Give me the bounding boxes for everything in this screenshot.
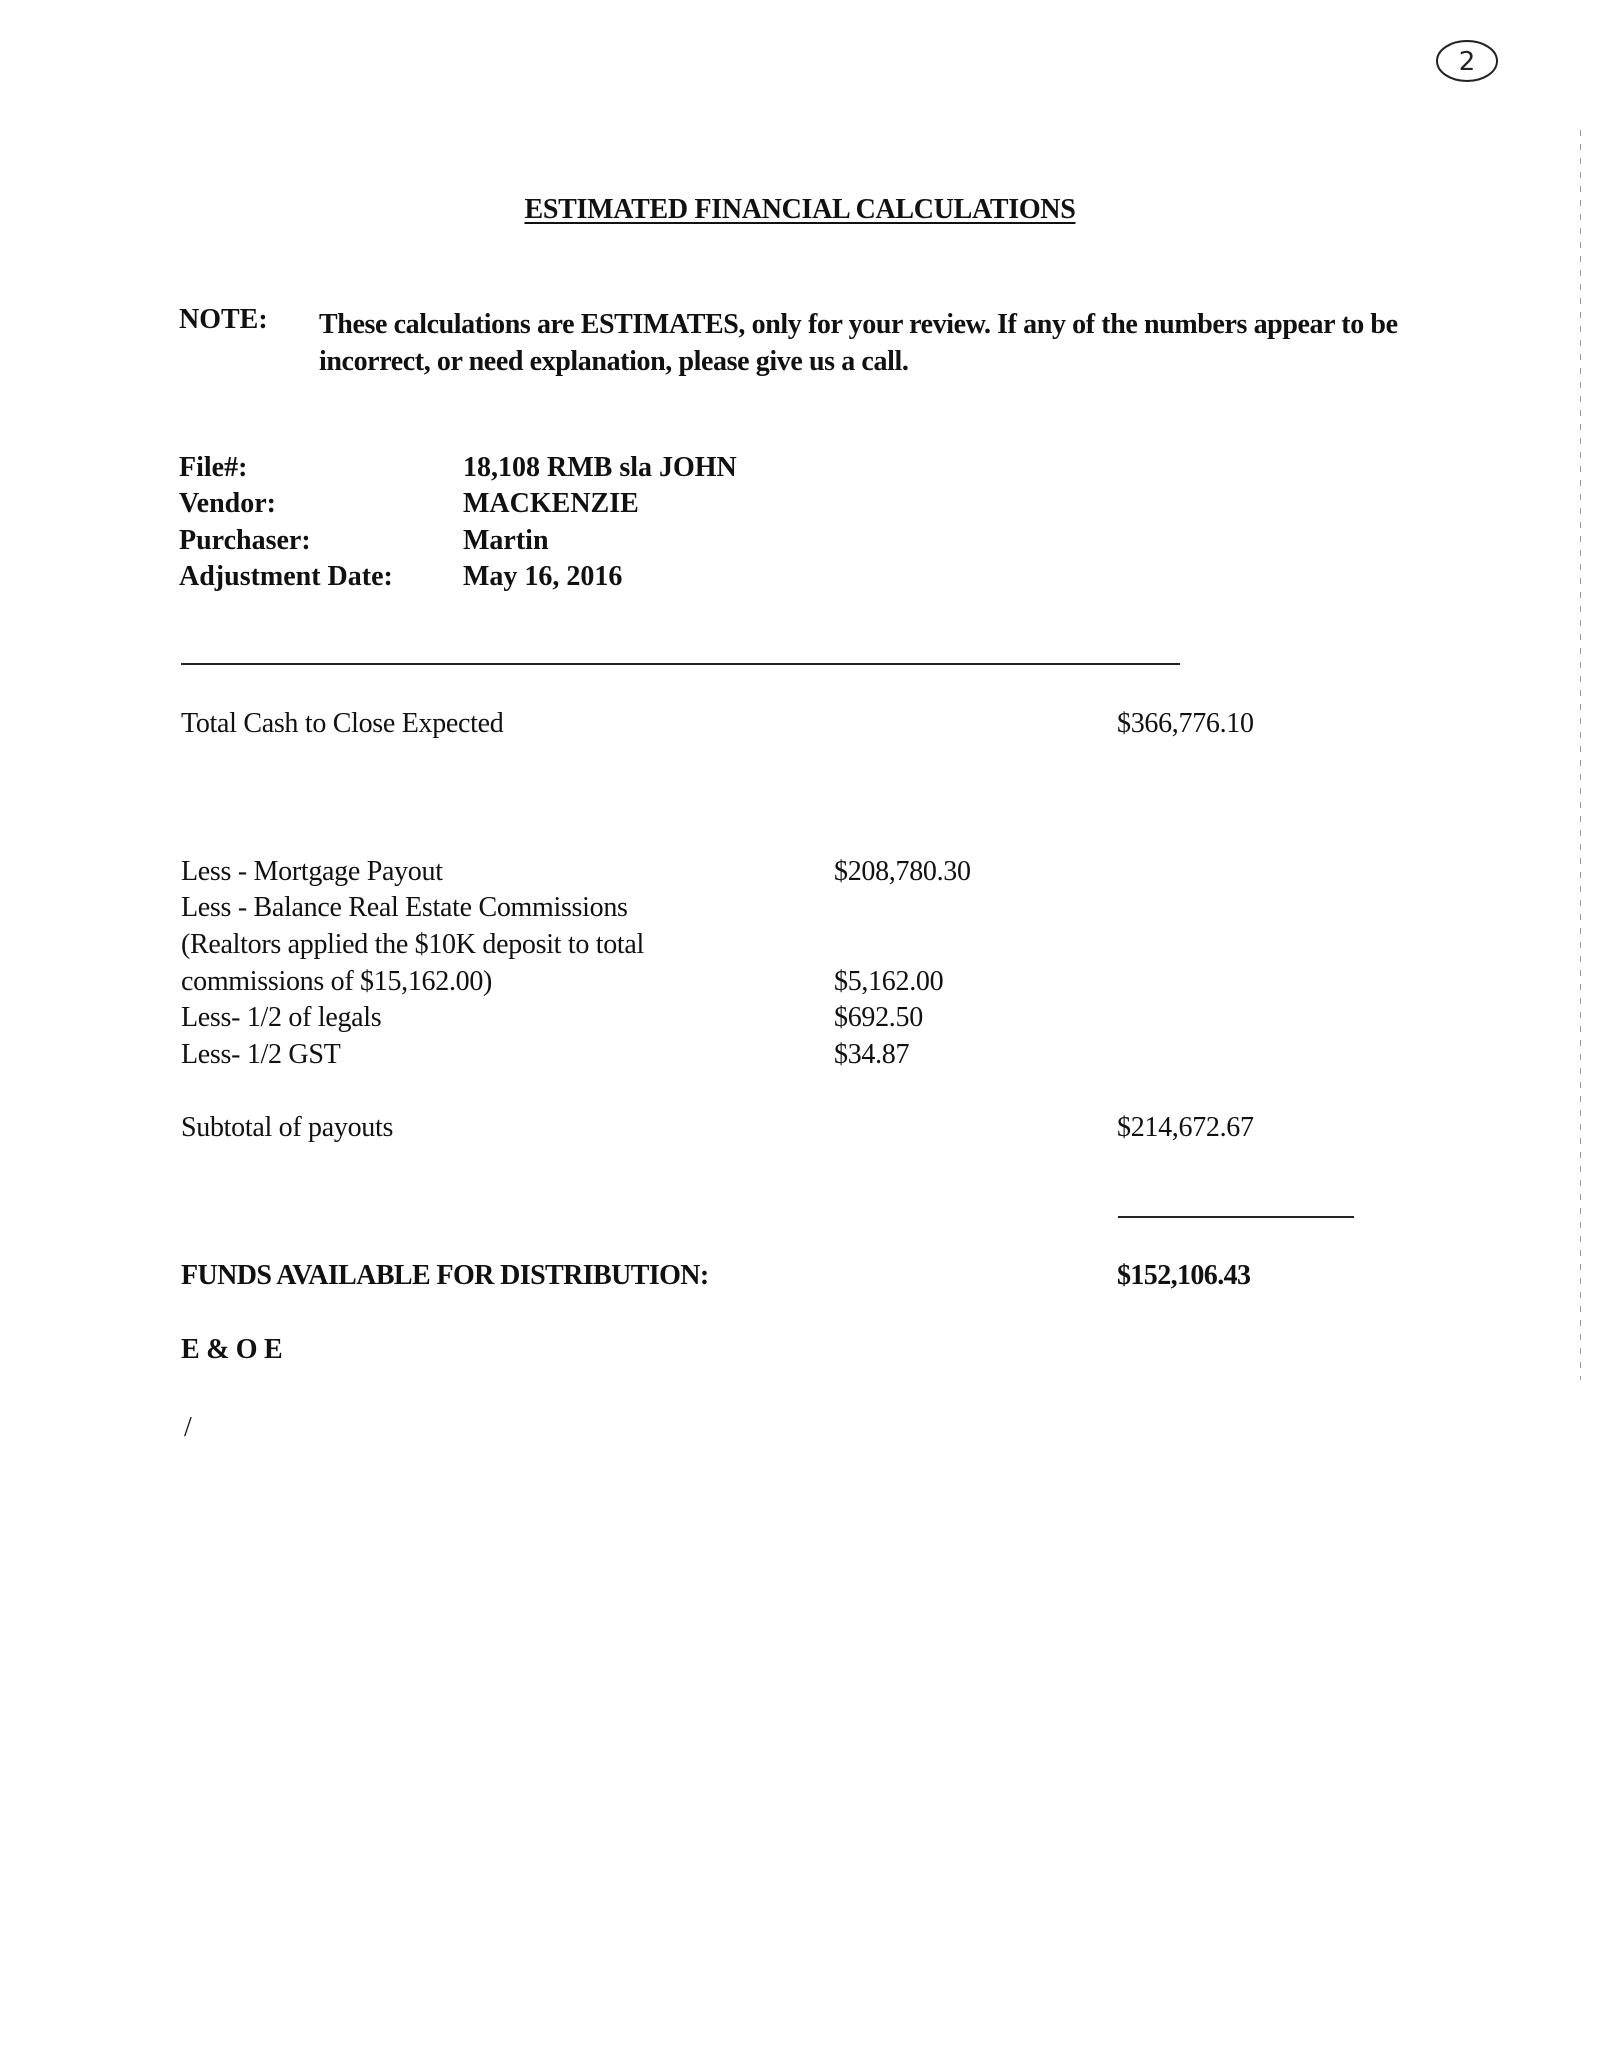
- adjustment-date-label: Adjustment Date:: [179, 563, 393, 591]
- document-title: ESTIMATED FINANCIAL CALCULATIONS: [0, 196, 1600, 224]
- funds-amount: $152,106.43: [1117, 1262, 1250, 1290]
- purchaser-label: Purchaser:: [179, 527, 311, 555]
- note-text: These calculations are ESTIMATES, only f…: [319, 306, 1439, 380]
- subtotal-label: Subtotal of payouts: [181, 1114, 393, 1142]
- total-cash-label: Total Cash to Close Expected: [181, 710, 503, 738]
- deduction-label: Less - Mortgage Payout: [181, 858, 443, 886]
- subtotal-amount: $214,672.67: [1117, 1114, 1254, 1142]
- vendor-label: Vendor:: [179, 490, 276, 518]
- scan-edge: [1580, 130, 1581, 1380]
- deduction-amount: $208,780.30: [834, 858, 971, 886]
- vendor-value: MACKENZIE: [463, 490, 639, 518]
- deduction-label: Less - Balance Real Estate Commissions: [181, 894, 628, 922]
- total-underline: [1118, 1216, 1354, 1218]
- file-number-label: File#:: [179, 454, 247, 482]
- slash-mark: /: [184, 1414, 191, 1442]
- deduction-amount: $692.50: [834, 1004, 923, 1032]
- deduction-label: Less- 1/2 of legals: [181, 1004, 381, 1032]
- file-number-value: 18,108 RMB sla JOHN: [463, 454, 737, 482]
- deduction-amount: $34.87: [834, 1041, 909, 1069]
- note-label: NOTE:: [179, 306, 268, 334]
- deduction-label: Less- 1/2 GST: [181, 1041, 340, 1069]
- deduction-label: (Realtors applied the $10K deposit to to…: [181, 931, 644, 959]
- deduction-label: commissions of $15,162.00): [181, 968, 492, 996]
- deduction-amount: $5,162.00: [834, 968, 943, 996]
- eoe-text: E & O E: [181, 1336, 282, 1364]
- section-divider: [181, 663, 1180, 665]
- purchaser-value: Martin: [463, 527, 549, 555]
- total-cash-amount: $366,776.10: [1117, 710, 1254, 738]
- funds-label: FUNDS AVAILABLE FOR DISTRIBUTION:: [181, 1262, 709, 1290]
- svg-text:2: 2: [1459, 47, 1476, 77]
- adjustment-date-value: May 16, 2016: [463, 563, 622, 591]
- handwritten-page-number: 2: [1433, 36, 1501, 86]
